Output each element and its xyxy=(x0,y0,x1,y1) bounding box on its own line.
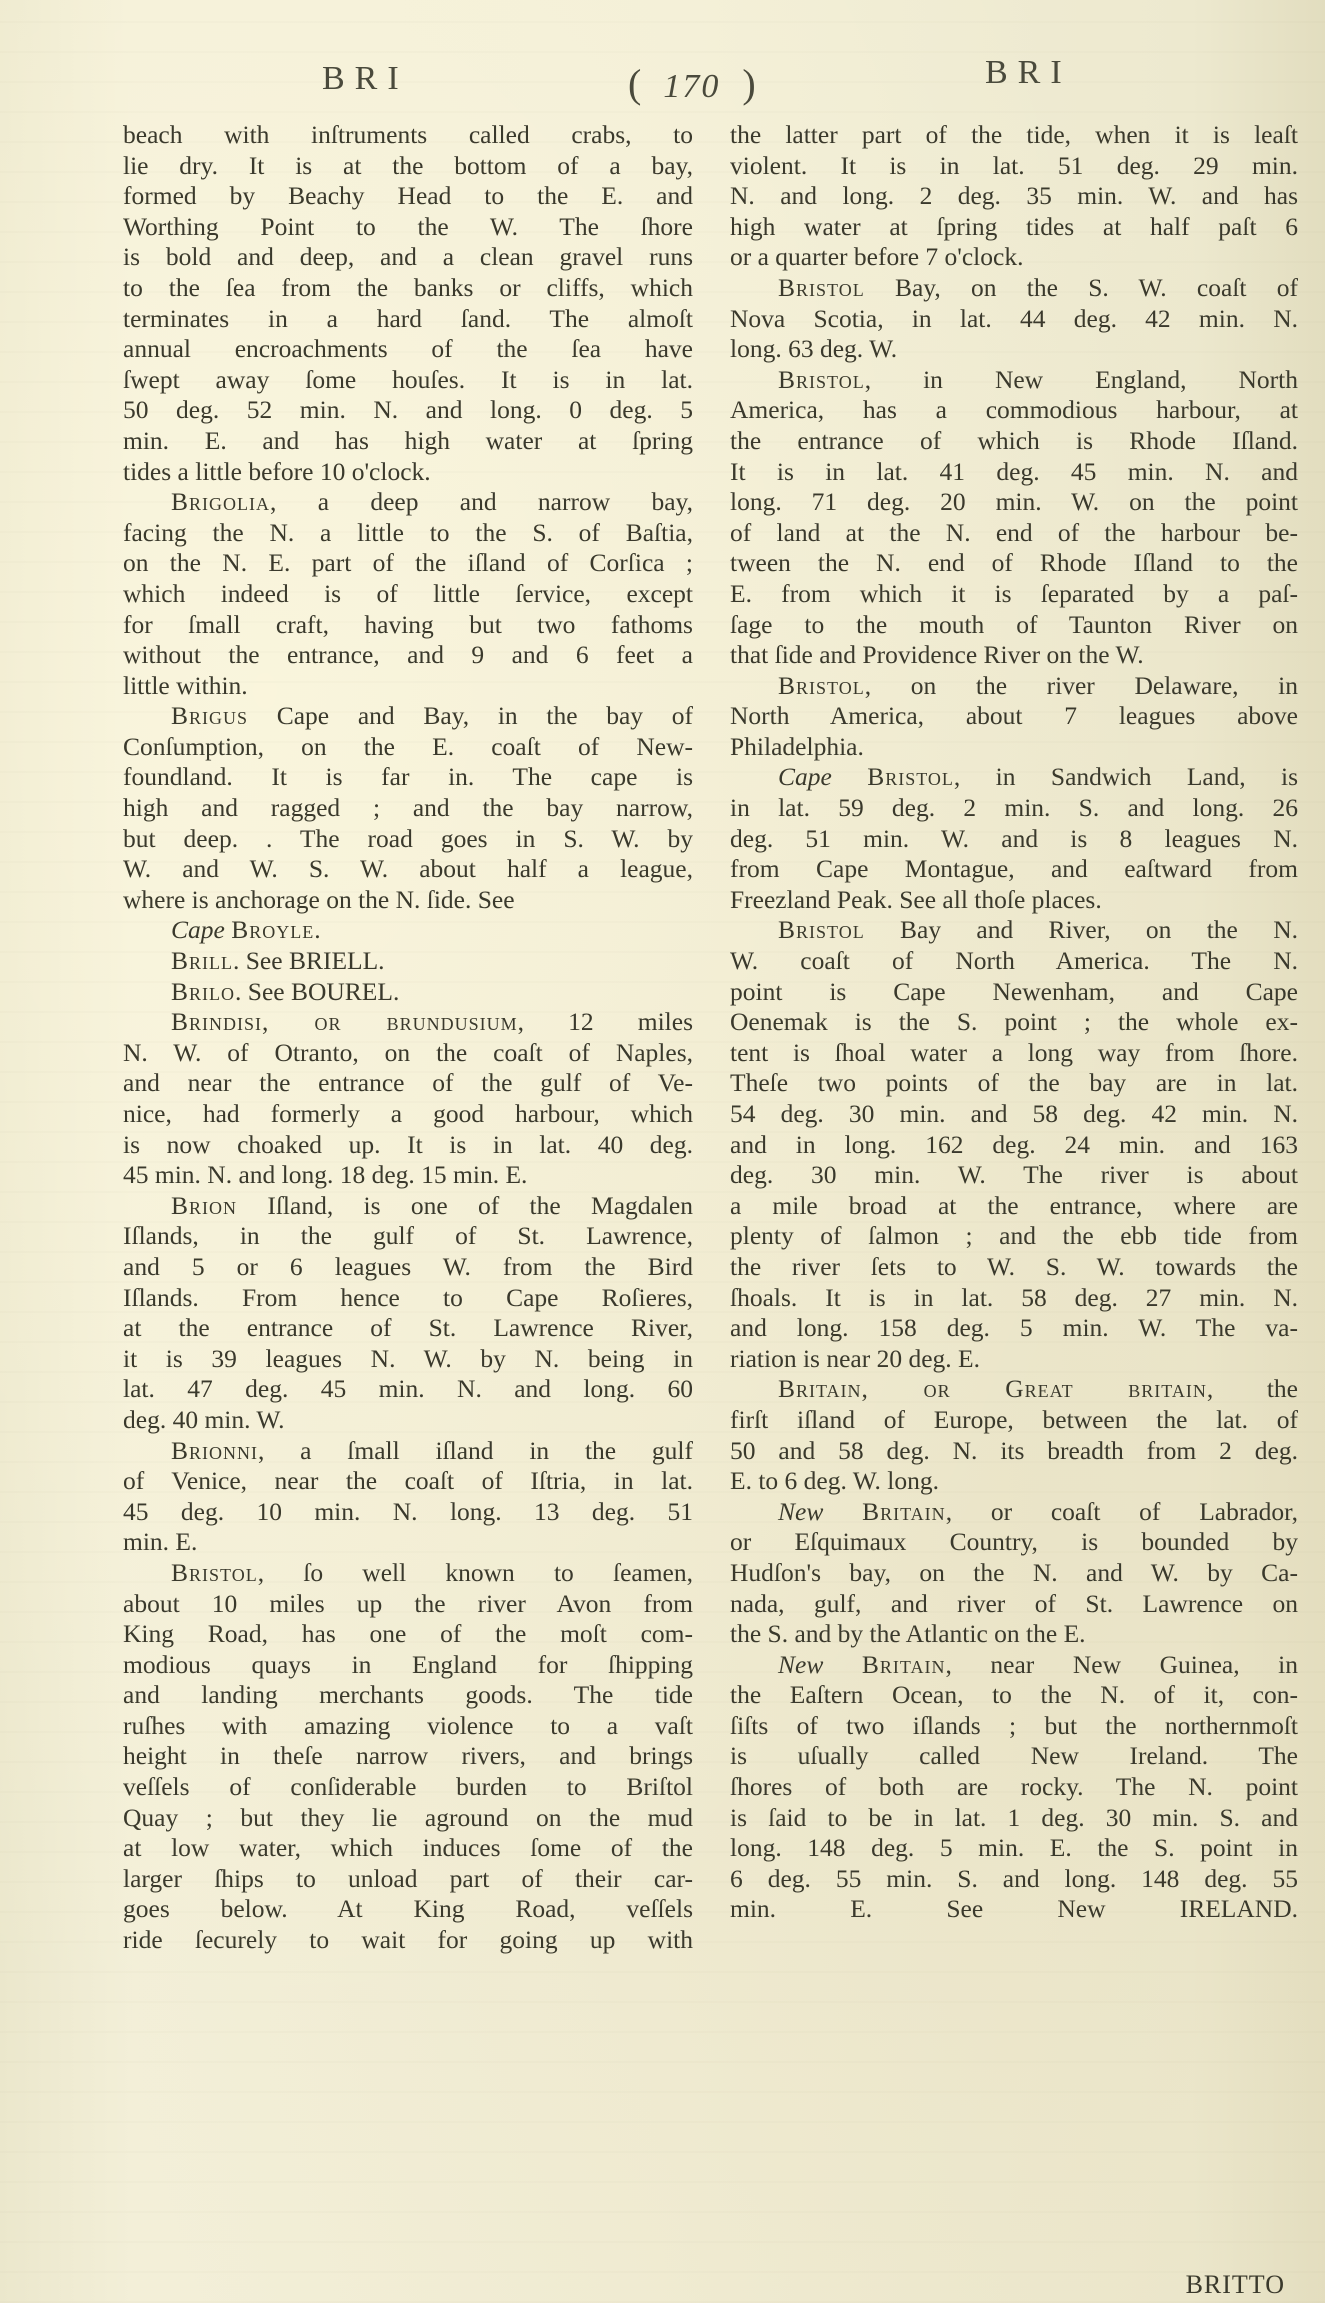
text-line: modious quays in England for ſhipping xyxy=(123,1650,693,1681)
page-number-block: (170) xyxy=(628,60,756,107)
text-line: Cape Broyle. xyxy=(123,915,693,946)
catchword: BRITTO xyxy=(1186,2270,1285,2300)
text-line: for ſmall craft, having but two fathoms xyxy=(123,610,693,641)
text-line: Freezland Peak. See all thoſe places. xyxy=(730,885,1298,916)
text-line: Brion Iſland, is one of the Magdalen xyxy=(123,1191,693,1222)
text-line: is uſually called New Ireland. The xyxy=(730,1741,1298,1772)
text-line: 45 min. N. and long. 18 deg. 15 min. E. xyxy=(123,1160,693,1191)
text-line: N. W. of Otranto, on the coaſt of Naples… xyxy=(123,1038,693,1069)
text-line: high and ragged ; and the bay narrow, xyxy=(123,793,693,824)
text-line: America, has a commodious harbour, at xyxy=(730,395,1298,426)
text-line: annual encroachments of the ſea have xyxy=(123,334,693,365)
text-line: in lat. 59 deg. 2 min. S. and long. 26 xyxy=(730,793,1298,824)
text-line: is ſaid to be in lat. 1 deg. 30 min. S. … xyxy=(730,1803,1298,1834)
text-line: 54 deg. 30 min. and 58 deg. 42 min. N. xyxy=(730,1099,1298,1130)
text-line: Bristol Bay, on the S. W. coaſt of xyxy=(730,273,1298,304)
running-head-right: BRI xyxy=(985,54,1072,92)
text-line: deg. 40 min. W. xyxy=(123,1405,693,1436)
text-line: ride ſecurely to wait for going up with xyxy=(123,1925,693,1956)
text-line: Brigus Cape and Bay, in the bay of xyxy=(123,701,693,732)
text-line: tent is ſhoal water a long way from ſhor… xyxy=(730,1038,1298,1069)
text-line: of Venice, near the coaſt of Iſtria, in … xyxy=(123,1466,693,1497)
text-line: Britain, or Great britain, the xyxy=(730,1374,1298,1405)
text-line: nice, had formerly a good harbour, which xyxy=(123,1099,693,1130)
text-line: long. 71 deg. 20 min. W. on the point xyxy=(730,487,1298,518)
text-line: New Britain, or coaſt of Labrador, xyxy=(730,1497,1298,1528)
text-line: Oenemak is the S. point ; the whole ex- xyxy=(730,1007,1298,1038)
text-line: to the ſea from the banks or cliffs, whi… xyxy=(123,273,693,304)
text-line: W. coaſt of North America. The N. xyxy=(730,946,1298,977)
text-line: deg. 51 min. W. and is 8 leagues N. xyxy=(730,824,1298,855)
text-line: E. from which it is ſeparated by a paſ- xyxy=(730,579,1298,610)
text-line: N. and long. 2 deg. 35 min. W. and has xyxy=(730,181,1298,212)
text-line: tween the N. end of Rhode Iſland to the xyxy=(730,548,1298,579)
text-line: ſiſts of two iſlands ; but the northernm… xyxy=(730,1711,1298,1742)
text-line: It is in lat. 41 deg. 45 min. N. and xyxy=(730,457,1298,488)
text-line: ſhores of both are rocky. The N. point xyxy=(730,1772,1298,1803)
text-line: King Road, has one of the moſt com- xyxy=(123,1619,693,1650)
text-line: at the entrance of St. Lawrence River, xyxy=(123,1313,693,1344)
text-line: Bristol Bay and River, on the N. xyxy=(730,915,1298,946)
text-line: E. to 6 deg. W. long. xyxy=(730,1466,1298,1497)
text-line: which indeed is of little ſervice, excep… xyxy=(123,579,693,610)
text-line: nada, gulf, and river of St. Lawrence on xyxy=(730,1589,1298,1620)
text-line: terminates in a hard ſand. The almoſt xyxy=(123,304,693,335)
text-line: 45 deg. 10 min. N. long. 13 deg. 51 xyxy=(123,1497,693,1528)
open-paren: ( xyxy=(628,61,641,106)
text-line: that ſide and Providence River on the W. xyxy=(730,640,1298,671)
text-line: lie dry. It is at the bottom of a bay, xyxy=(123,151,693,182)
text-line: plenty of ſalmon ; and the ebb tide from xyxy=(730,1221,1298,1252)
text-line: 50 and 58 deg. N. its breadth from 2 deg… xyxy=(730,1436,1298,1467)
left-text-column: beach with inſtruments called crabs, tol… xyxy=(123,120,693,1956)
text-line: high water at ſpring tides at half paſt … xyxy=(730,212,1298,243)
running-header: BRI (170) BRI xyxy=(0,48,1325,108)
text-line: on the N. E. part of the iſland of Corſi… xyxy=(123,548,693,579)
text-line: Hudſon's bay, on the N. and W. by Ca- xyxy=(730,1558,1298,1589)
text-line: Brindisi, or brundusium, 12 miles xyxy=(123,1007,693,1038)
text-line: min. E. See New IRELAND. xyxy=(730,1894,1298,1925)
text-line: Brigolia, a deep and narrow bay, xyxy=(123,487,693,518)
text-line: Quay ; but they lie aground on the mud xyxy=(123,1803,693,1834)
text-line: is bold and deep, and a clean gravel run… xyxy=(123,242,693,273)
text-line: Worthing Point to the W. The ſhore xyxy=(123,212,693,243)
text-line: violent. It is in lat. 51 deg. 29 min. xyxy=(730,151,1298,182)
text-line: and long. 158 deg. 5 min. W. The va- xyxy=(730,1313,1298,1344)
text-line: 6 deg. 55 min. S. and long. 148 deg. 55 xyxy=(730,1864,1298,1895)
text-line: foundland. It is far in. The cape is xyxy=(123,762,693,793)
text-line: North America, about 7 leagues above xyxy=(730,701,1298,732)
text-line: at low water, which induces ſome of the xyxy=(123,1833,693,1864)
text-line: the river ſets to W. S. W. towards the xyxy=(730,1252,1298,1283)
text-line: or Eſquimaux Country, is bounded by xyxy=(730,1527,1298,1558)
text-line: and near the entrance of the gulf of Ve- xyxy=(123,1068,693,1099)
text-line: of land at the N. end of the harbour be- xyxy=(730,518,1298,549)
text-line: formed by Beachy Head to the E. and xyxy=(123,181,693,212)
text-line: deg. 30 min. W. The river is about xyxy=(730,1160,1298,1191)
text-line: the entrance of which is Rhode Iſland. xyxy=(730,426,1298,457)
text-line: and in long. 162 deg. 24 min. and 163 xyxy=(730,1130,1298,1161)
text-line: it is 39 leagues N. W. by N. being in xyxy=(123,1344,693,1375)
text-line: Cape Bristol, in Sandwich Land, is xyxy=(730,762,1298,793)
text-line: about 10 miles up the river Avon from xyxy=(123,1589,693,1620)
text-line: Iſlands, in the gulf of St. Lawrence, xyxy=(123,1221,693,1252)
text-line: larger ſhips to unload part of their car… xyxy=(123,1864,693,1895)
text-line: beach with inſtruments called crabs, to xyxy=(123,120,693,151)
text-line: veſſels of conſiderable burden to Briſto… xyxy=(123,1772,693,1803)
text-line: ſwept away ſome houſes. It is in lat. xyxy=(123,365,693,396)
close-paren: ) xyxy=(742,61,755,106)
text-line: long. 63 deg. W. xyxy=(730,334,1298,365)
text-line: height in theſe narrow rivers, and bring… xyxy=(123,1741,693,1772)
text-line: goes below. At King Road, veſſels xyxy=(123,1894,693,1925)
text-line: Bristol, ſo well known to ſeamen, xyxy=(123,1558,693,1589)
text-line: the latter part of the tide, when it is … xyxy=(730,120,1298,151)
text-line: without the entrance, and 9 and 6 feet a xyxy=(123,640,693,671)
running-head-left: BRI xyxy=(322,60,409,98)
text-line: lat. 47 deg. 45 min. N. and long. 60 xyxy=(123,1374,693,1405)
text-line: Brionni, a ſmall iſland in the gulf xyxy=(123,1436,693,1467)
text-line: facing the N. a little to the S. of Baſt… xyxy=(123,518,693,549)
text-line: tides a little before 10 o'clock. xyxy=(123,457,693,488)
text-line: ſhoals. It is in lat. 58 deg. 27 min. N. xyxy=(730,1283,1298,1314)
text-line: Conſumption, on the E. coaſt of New- xyxy=(123,732,693,763)
text-line: W. and W. S. W. about half a league, xyxy=(123,854,693,885)
text-line: ruſhes with amazing violence to a vaſt xyxy=(123,1711,693,1742)
text-line: from Cape Montague, and eaſtward from xyxy=(730,854,1298,885)
text-line: long. 148 deg. 5 min. E. the S. point in xyxy=(730,1833,1298,1864)
text-line: min. E. xyxy=(123,1527,693,1558)
text-line: New Britain, near New Guinea, in xyxy=(730,1650,1298,1681)
text-line: the Eaſtern Ocean, to the N. of it, con- xyxy=(730,1680,1298,1711)
text-line: little within. xyxy=(123,671,693,702)
text-line: Nova Scotia, in lat. 44 deg. 42 min. N. xyxy=(730,304,1298,335)
text-line: min. E. and has high water at ſpring xyxy=(123,426,693,457)
text-line: where is anchorage on the N. ſide. See xyxy=(123,885,693,916)
text-line: point is Cape Newenham, and Cape xyxy=(730,977,1298,1008)
text-line: Bristol, on the river Delaware, in xyxy=(730,671,1298,702)
text-line: firſt iſland of Europe, between the lat.… xyxy=(730,1405,1298,1436)
right-text-column: the latter part of the tide, when it is … xyxy=(730,120,1298,1925)
text-line: but deep. . The road goes in S. W. by xyxy=(123,824,693,855)
text-line: a mile broad at the entrance, where are xyxy=(730,1191,1298,1222)
book-page: BRI (170) BRI beach with inſtruments cal… xyxy=(0,0,1325,2303)
text-line: Philadelphia. xyxy=(730,732,1298,763)
text-line: Brilo. See BOUREL. xyxy=(123,977,693,1008)
text-line: Bristol, in New England, North xyxy=(730,365,1298,396)
text-line: 50 deg. 52 min. N. and long. 0 deg. 5 xyxy=(123,395,693,426)
text-line: and landing merchants goods. The tide xyxy=(123,1680,693,1711)
text-line: Iſlands. From hence to Cape Roſieres, xyxy=(123,1283,693,1314)
text-line: Brill. See BRIELL. xyxy=(123,946,693,977)
text-line: is now choaked up. It is in lat. 40 deg. xyxy=(123,1130,693,1161)
text-line: and 5 or 6 leagues W. from the Bird xyxy=(123,1252,693,1283)
text-line: Theſe two points of the bay are in lat. xyxy=(730,1068,1298,1099)
text-line: riation is near 20 deg. E. xyxy=(730,1344,1298,1375)
text-line: ſage to the mouth of Taunton River on xyxy=(730,610,1298,641)
page-number: 170 xyxy=(663,68,720,105)
text-line: or a quarter before 7 o'clock. xyxy=(730,242,1298,273)
text-line: the S. and by the Atlantic on the E. xyxy=(730,1619,1298,1650)
